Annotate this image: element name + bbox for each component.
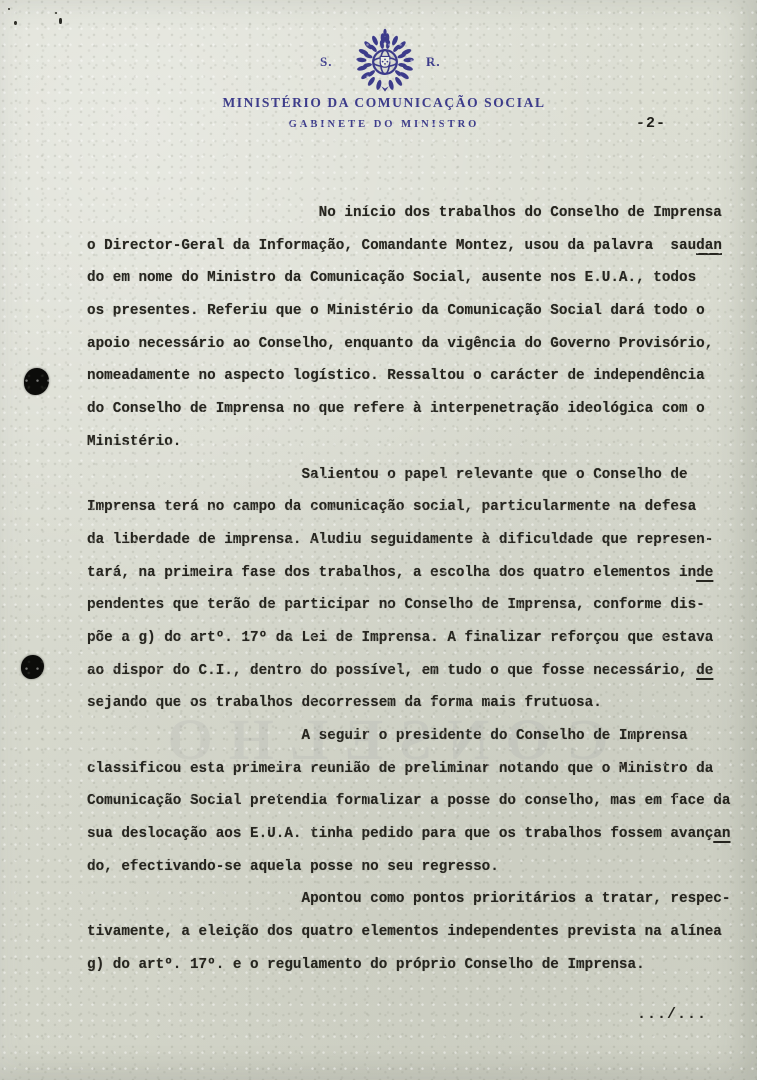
- text-line: sua deslocação aos E.U.A. tinha pedido p…: [87, 818, 742, 851]
- line-text: põe a g) do artº. 17º da Lei de Imprensa…: [87, 630, 713, 646]
- document-body: No início dos trabalhos do Conselho de I…: [87, 197, 742, 982]
- hyphen-underline: de: [696, 663, 713, 679]
- portugal-coat-of-arms-icon: [345, 25, 425, 99]
- letterhead-initial-s: S.: [320, 54, 332, 70]
- text-line: sejando que os trabalhos decorressem da …: [87, 687, 742, 720]
- line-text: g) do artº. 17º. e o regulamento do próp…: [87, 957, 645, 973]
- paragraph: Salientou o papel relevante que o Consel…: [87, 459, 742, 721]
- text-line: ao dispor do C.I., dentro do possível, e…: [87, 655, 742, 688]
- hyphen-underline: an: [713, 826, 730, 842]
- line-text: do Conselho de Imprensa no que refere à …: [87, 401, 705, 417]
- text-line: do, efectivando-se aquela posse no seu r…: [87, 851, 742, 884]
- paper-speck: [55, 12, 57, 14]
- line-text: Salientou o papel relevante que o Consel…: [87, 467, 688, 483]
- line-text: da liberdade de imprensa. Aludiu seguida…: [87, 532, 713, 548]
- text-line: da liberdade de imprensa. Aludiu seguida…: [87, 524, 742, 557]
- line-text: nomeadamente no aspecto logístico. Ressa…: [87, 368, 705, 384]
- hole-punch: [24, 368, 49, 395]
- ministry-title: MINISTÉRIO DA COMUNICAÇÃO SOCIAL: [54, 95, 714, 111]
- text-line: g) do artº. 17º. e o regulamento do próp…: [87, 949, 742, 982]
- text-line: Ministério.: [87, 426, 742, 459]
- text-line: Salientou o papel relevante que o Consel…: [87, 459, 742, 492]
- line-text: apoio necessário ao Conselho, enquanto d…: [87, 336, 713, 352]
- paragraph: No início dos trabalhos do Conselho de I…: [87, 197, 742, 459]
- line-text: tará, na primeira fase dos trabalhos, a …: [87, 565, 696, 581]
- text-line: nomeadamente no aspecto logístico. Ressa…: [87, 360, 742, 393]
- line-text: os presentes. Referiu que o Ministério d…: [87, 303, 705, 319]
- text-line: do em nome do Ministro da Comunicação So…: [87, 262, 742, 295]
- text-line: tará, na primeira fase dos trabalhos, a …: [87, 557, 742, 590]
- hyphen-underline: dan: [696, 238, 722, 254]
- hole-punch: [21, 655, 44, 679]
- text-line: o Director-Geral da Informação, Comandan…: [87, 230, 742, 263]
- page-number: -2-: [636, 115, 666, 132]
- document-page: CONSELHO S. R.: [0, 0, 757, 1080]
- line-text: A seguir o presidente do Conselho de Imp…: [87, 728, 688, 744]
- text-line: apoio necessário ao Conselho, enquanto d…: [87, 328, 742, 361]
- text-line: Apontou como pontos prioritários a trata…: [87, 883, 742, 916]
- line-text: do em nome do Ministro da Comunicação So…: [87, 270, 696, 286]
- text-line: põe a g) do artº. 17º da Lei de Imprensa…: [87, 622, 742, 655]
- line-text: sua deslocação aos E.U.A. tinha pedido p…: [87, 826, 713, 842]
- hyphen-underline: de: [696, 565, 713, 581]
- text-line: pendentes que terão de participar no Con…: [87, 589, 742, 622]
- line-text: sejando que os trabalhos decorressem da …: [87, 695, 602, 711]
- line-text: pendentes que terão de participar no Con…: [87, 597, 705, 613]
- text-line: classificou esta primeira reunião de pre…: [87, 753, 742, 786]
- line-text: No início dos trabalhos do Conselho de I…: [87, 205, 722, 221]
- paragraph: A seguir o presidente do Conselho de Imp…: [87, 720, 742, 883]
- line-text: classificou esta primeira reunião de pre…: [87, 761, 713, 777]
- text-line: tivamente, a eleição dos quatro elemento…: [87, 916, 742, 949]
- paper-speck: [8, 8, 10, 10]
- paragraph: Apontou como pontos prioritários a trata…: [87, 883, 742, 981]
- continuation-mark: .../...: [637, 1006, 707, 1023]
- text-line: No início dos trabalhos do Conselho de I…: [87, 197, 742, 230]
- line-text: Apontou como pontos prioritários a trata…: [87, 891, 730, 907]
- text-line: A seguir o presidente do Conselho de Imp…: [87, 720, 742, 753]
- text-line: os presentes. Referiu que o Ministério d…: [87, 295, 742, 328]
- line-text: Imprensa terá no campo da comunicação so…: [87, 499, 696, 515]
- line-text: ao dispor do C.I., dentro do possível, e…: [87, 663, 696, 679]
- text-line: Comunicação Social pretendia formalizar …: [87, 785, 742, 818]
- line-text: tivamente, a eleição dos quatro elemento…: [87, 924, 722, 940]
- paper-speck: [59, 18, 62, 24]
- office-subtitle: GABINETE DO MINISTRO: [54, 119, 714, 130]
- line-text: Ministério.: [87, 434, 181, 450]
- letterhead-initial-r: R.: [426, 54, 441, 70]
- paper-speck: [14, 21, 17, 25]
- text-line: Imprensa terá no campo da comunicação so…: [87, 491, 742, 524]
- line-text: do, efectivando-se aquela posse no seu r…: [87, 859, 499, 875]
- line-text: Comunicação Social pretendia formalizar …: [87, 793, 730, 809]
- text-line: do Conselho de Imprensa no que refere à …: [87, 393, 742, 426]
- line-text: o Director-Geral da Informação, Comandan…: [87, 238, 696, 254]
